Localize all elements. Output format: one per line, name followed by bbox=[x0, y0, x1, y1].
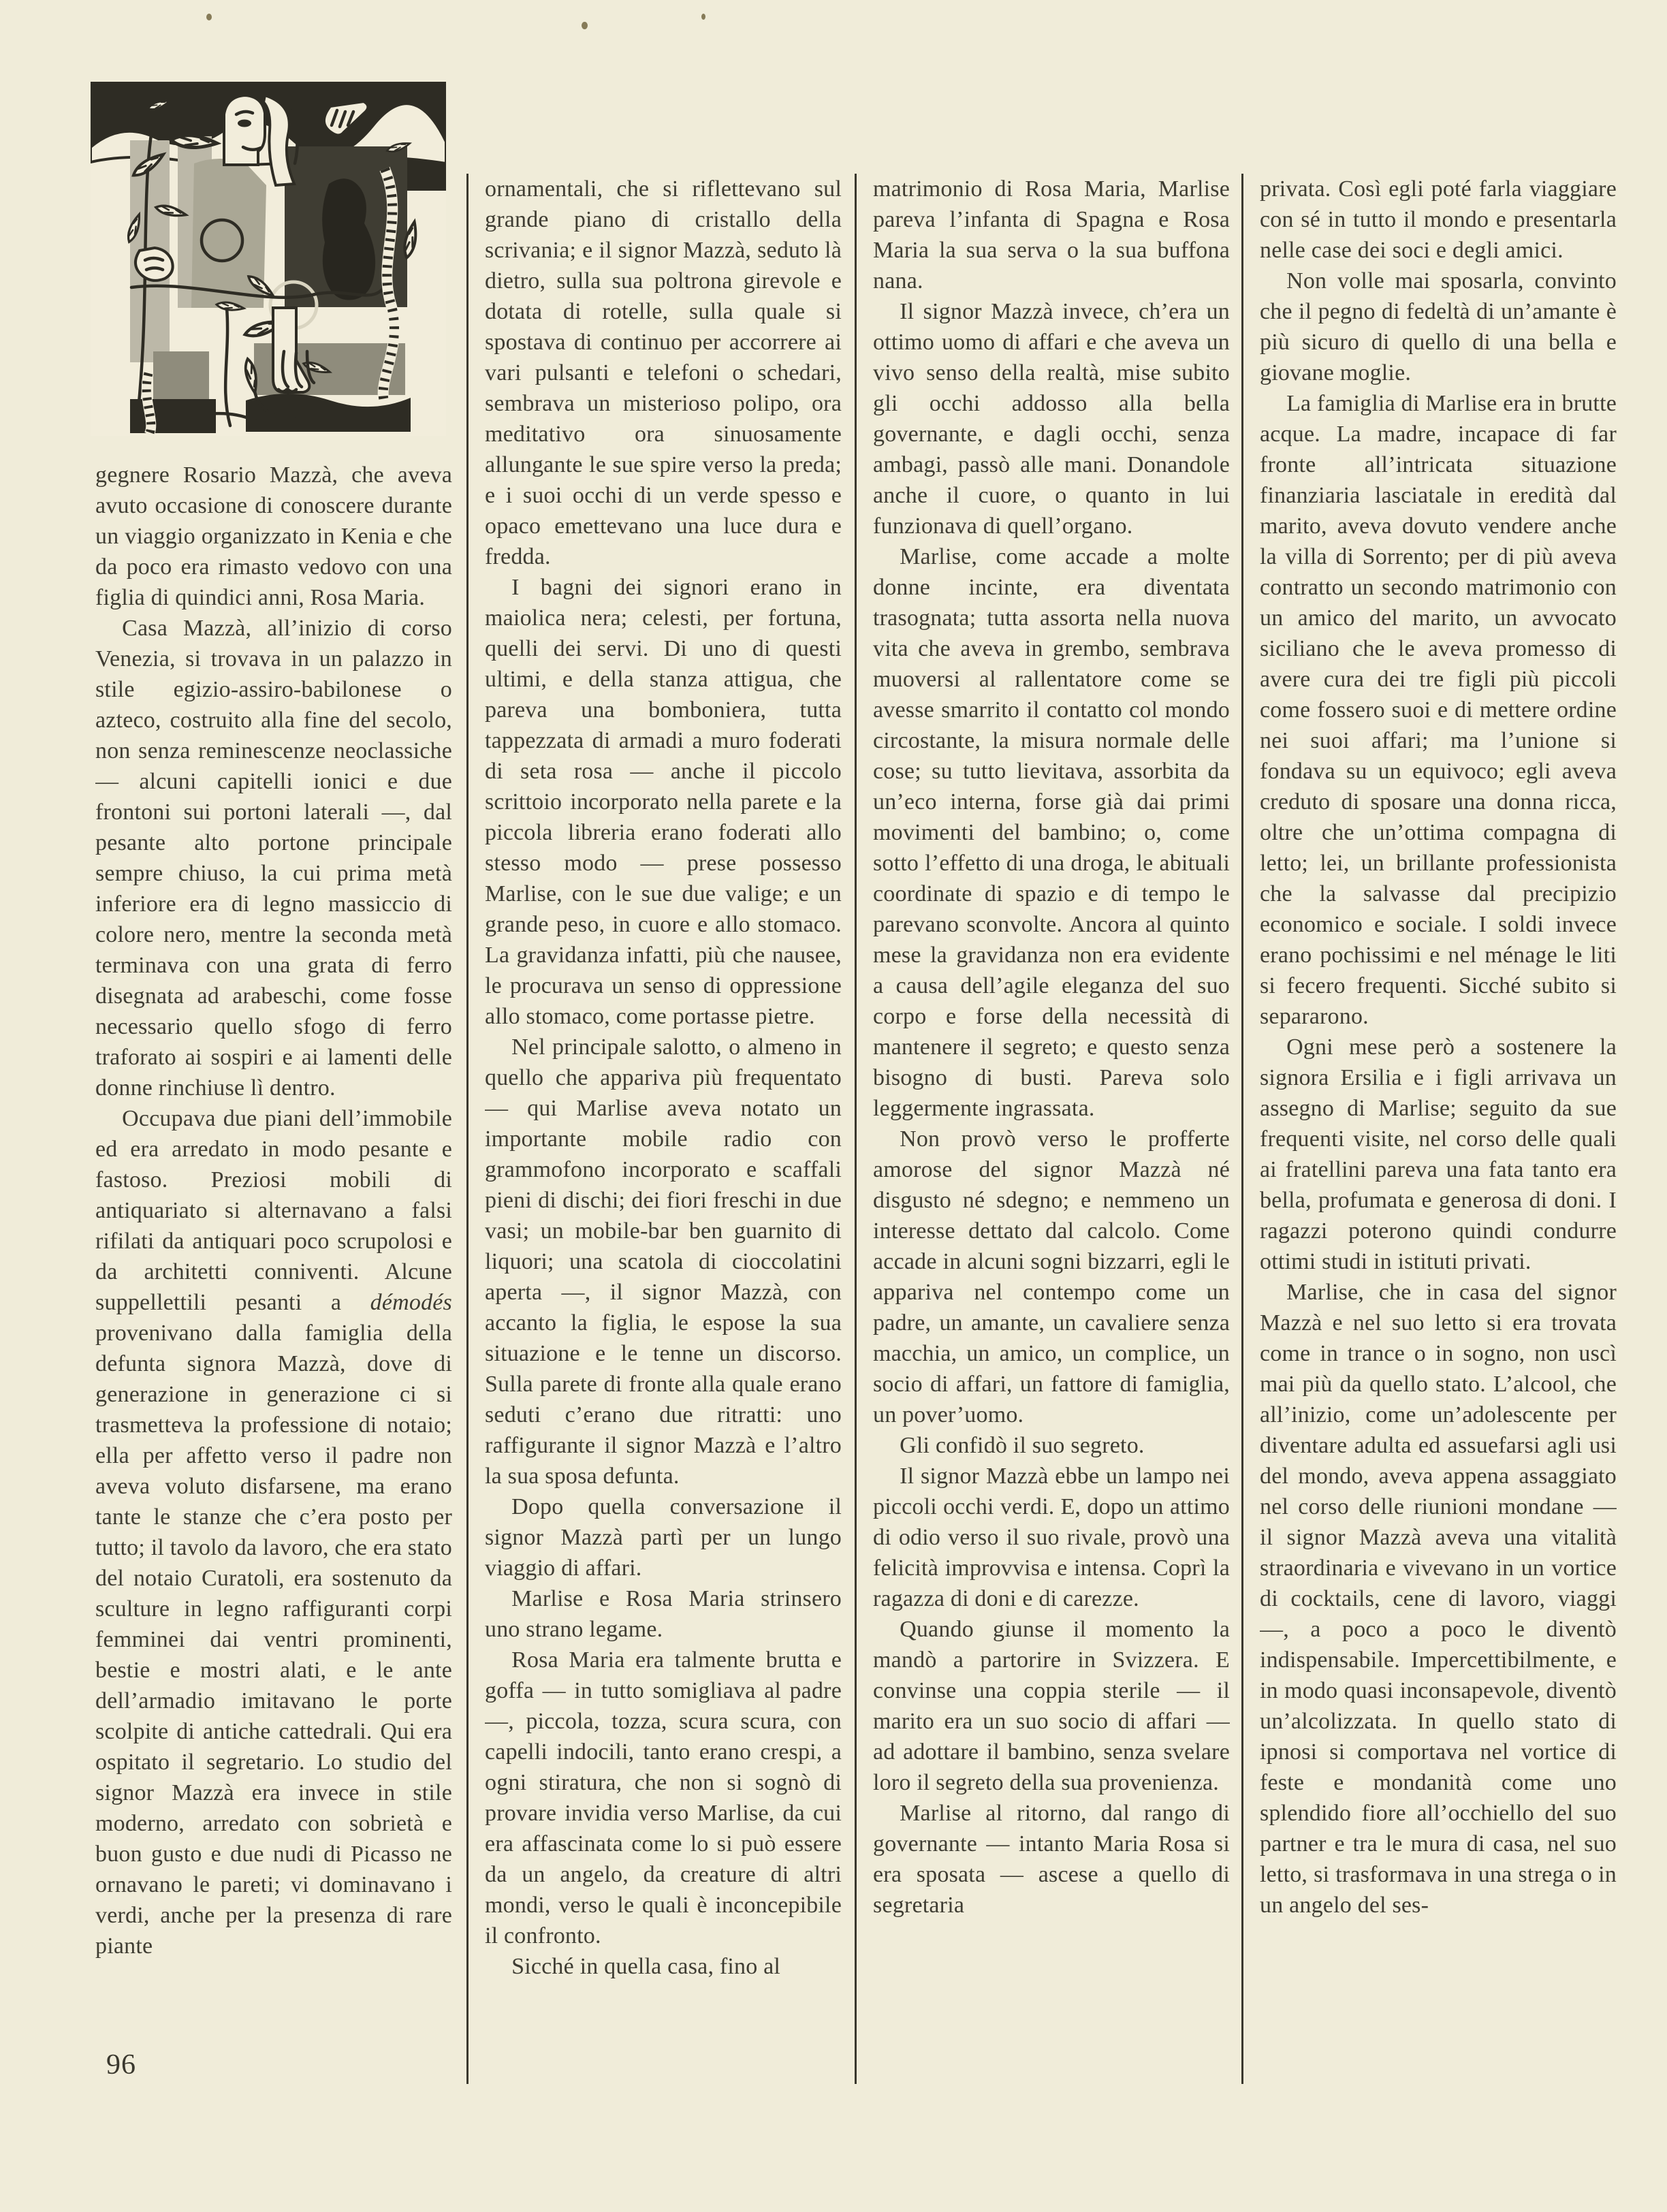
text-run: Marlise e Rosa Maria strinsero uno stran… bbox=[485, 1586, 842, 1642]
paragraph: privata. Così egli poté farla viaggiare … bbox=[1260, 174, 1617, 266]
text-run: I bagni dei signori erano in maiolica ne… bbox=[485, 575, 842, 1029]
text-run: Nel principale salotto, o almeno in quel… bbox=[485, 1034, 842, 1489]
paragraph: Non provò verso le profferte amorose del… bbox=[873, 1124, 1230, 1430]
page-number: 96 bbox=[106, 2049, 136, 2081]
paragraph: matrimonio di Rosa Maria, Marlise pareva… bbox=[873, 174, 1230, 296]
paragraph: Non volle mai sposarla, convinto che il … bbox=[1260, 266, 1617, 388]
text-run: gegnere Rosario Mazzà, che aveva avuto o… bbox=[95, 462, 452, 610]
text-run: Il signor Mazzà ebbe un lampo nei piccol… bbox=[873, 1464, 1230, 1611]
paragraph: Rosa Maria era talmente brutta e goffa —… bbox=[485, 1645, 842, 1951]
text-run: matrimonio di Rosa Maria, Marlise pareva… bbox=[873, 176, 1230, 294]
paragraph: Casa Mazzà, all’inizio di corso Venezia,… bbox=[95, 613, 452, 1103]
text-column: gegnere Rosario Mazzà, che aveva avuto o… bbox=[95, 460, 452, 2086]
text-run: Gli confidò il suo segreto. bbox=[900, 1433, 1145, 1458]
paragraph: Marlise al ritorno, dal rango di governa… bbox=[873, 1798, 1230, 1921]
paragraph: Dopo quella conversazione il signor Mazz… bbox=[485, 1491, 842, 1583]
text-column: ornamentali, che si riflettevano sul gra… bbox=[485, 174, 842, 2086]
text-run: La famiglia di Marlise era in brutte acq… bbox=[1260, 391, 1617, 1029]
text-column: matrimonio di Rosa Maria, Marlise pareva… bbox=[873, 174, 1230, 2086]
paragraph: Quando giunse il momento la mandò a part… bbox=[873, 1614, 1230, 1798]
text-run: Ogni mese però a sostenere la signora Er… bbox=[1260, 1034, 1617, 1274]
paragraph: Il signor Mazzà invece, ch’era un ottimo… bbox=[873, 296, 1230, 541]
paragraph: Gli confidò il suo segreto. bbox=[873, 1430, 1230, 1461]
text-run: Rosa Maria era talmente brutta e goffa —… bbox=[485, 1647, 842, 1948]
text-run: Il signor Mazzà invece, ch’era un ottimo… bbox=[873, 299, 1230, 539]
leger-illustration bbox=[91, 82, 446, 436]
paragraph: Il signor Mazzà ebbe un lampo nei piccol… bbox=[873, 1461, 1230, 1614]
text-run: provenivano dalla famiglia della defunta… bbox=[95, 1321, 452, 1959]
paragraph: Occupava due piani dell’immobile ed era … bbox=[95, 1103, 452, 1961]
paragraph: Nel principale salotto, o almeno in quel… bbox=[485, 1032, 842, 1491]
paper-speck bbox=[701, 14, 705, 20]
paragraph: La famiglia di Marlise era in brutte acq… bbox=[1260, 388, 1617, 1032]
paragraph: Marlise, come accade a molte donne incin… bbox=[873, 541, 1230, 1124]
italic-text: démodés bbox=[370, 1290, 452, 1315]
text-run: Casa Mazzà, all’inizio di corso Venezia,… bbox=[95, 616, 452, 1101]
text-run: Marlise, che in casa del signor Mazzà e … bbox=[1260, 1280, 1617, 1918]
paper-speck bbox=[582, 22, 588, 29]
paragraph: Marlise e Rosa Maria strinsero uno stran… bbox=[485, 1583, 842, 1645]
text-run: Marlise al ritorno, dal rango di governa… bbox=[873, 1801, 1230, 1918]
text-run: Dopo quella conversazione il signor Mazz… bbox=[485, 1494, 842, 1581]
text-run: ornamentali, che si riflettevano sul gra… bbox=[485, 176, 842, 569]
text-run: Quando giunse il momento la mandò a part… bbox=[873, 1617, 1230, 1795]
column-divider bbox=[855, 174, 857, 2084]
paragraph: Sicché in quella casa, fino al bbox=[485, 1951, 842, 1982]
text-run: Non provò verso le profferte amorose del… bbox=[873, 1126, 1230, 1427]
text-run: Non volle mai sposarla, convinto che il … bbox=[1260, 268, 1617, 385]
scanned-book-page: gegnere Rosario Mazzà, che aveva avuto o… bbox=[0, 0, 1667, 2212]
paragraph: Ogni mese però a sostenere la signora Er… bbox=[1260, 1032, 1617, 1277]
paragraph: Marlise, che in casa del signor Mazzà e … bbox=[1260, 1277, 1617, 1921]
text-column: privata. Così egli poté farla viaggiare … bbox=[1260, 174, 1617, 2086]
text-run: Sicché in quella casa, fino al bbox=[511, 1954, 780, 1979]
text-run: Marlise, come accade a molte donne incin… bbox=[873, 544, 1230, 1121]
text-run: privata. Così egli poté farla viaggiare … bbox=[1260, 176, 1617, 263]
paragraph: I bagni dei signori erano in maiolica ne… bbox=[485, 572, 842, 1032]
paper-speck bbox=[206, 14, 212, 20]
text-run: Occupava due piani dell’immobile ed era … bbox=[95, 1106, 452, 1315]
paragraph: ornamentali, che si riflettevano sul gra… bbox=[485, 174, 842, 572]
paragraph: gegnere Rosario Mazzà, che aveva avuto o… bbox=[95, 460, 452, 613]
column-divider bbox=[1241, 174, 1243, 2084]
column-divider bbox=[466, 174, 469, 2084]
